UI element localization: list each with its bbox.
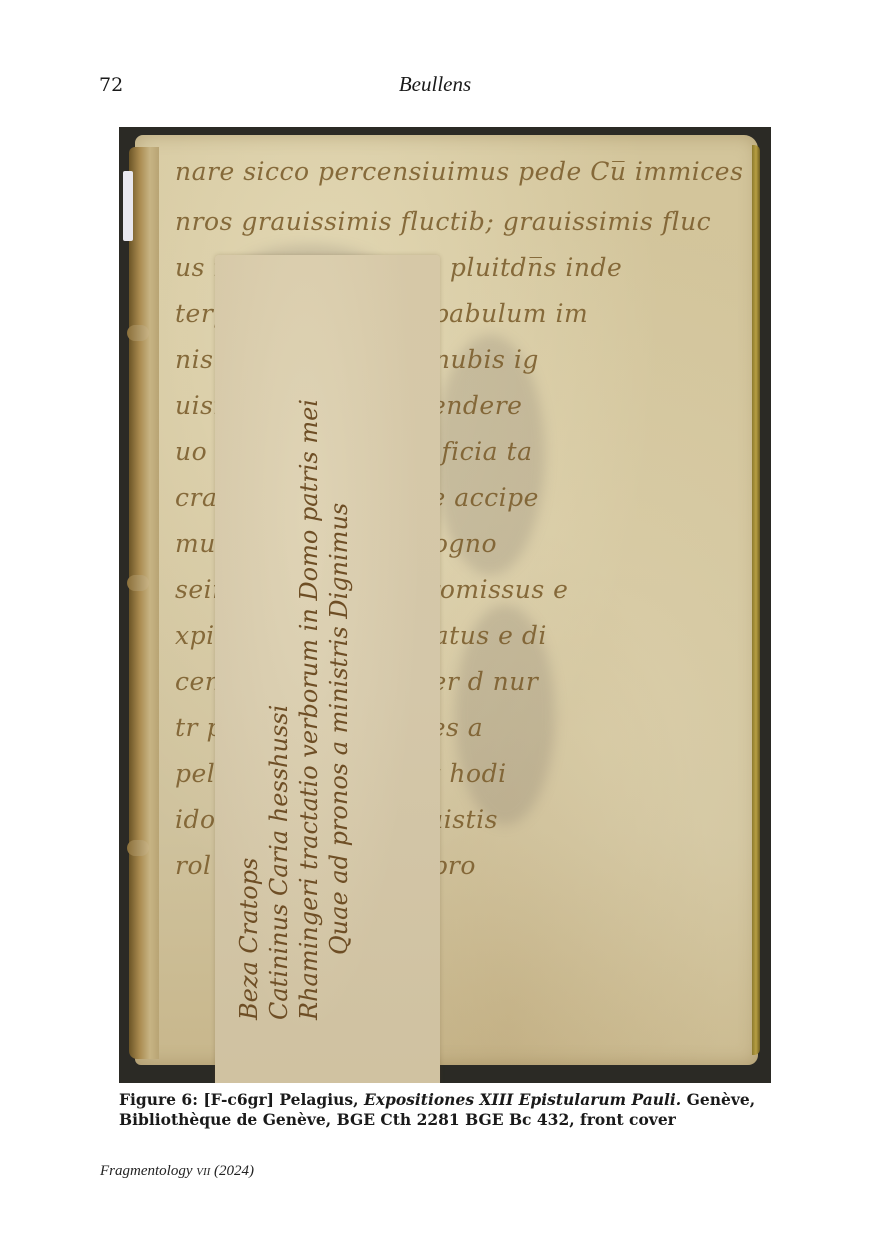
figure-photograph: nare sicco percensiuimus pede Cu̅ immice… xyxy=(119,127,771,1083)
slip-inscription: Catininus Caria hesshussi xyxy=(265,705,293,1020)
caption-shelfmark: Bibliothèque de Genève, BGE Cth 2281 BGE… xyxy=(119,1110,676,1129)
footer-journal: Fragmentology xyxy=(100,1163,192,1179)
manuscript-line: nare sicco percensiuimus pede Cu̅ immice… xyxy=(175,157,743,186)
book-front-cover: nare sicco percensiuimus pede Cu̅ immice… xyxy=(135,135,758,1065)
book-spine xyxy=(129,147,159,1059)
caption-siglum: [F-c6gr] xyxy=(203,1090,274,1109)
manuscript-line: nros grauissimis fluctib; grauissimis fl… xyxy=(175,207,711,236)
caption-author: Pelagius, xyxy=(279,1090,358,1109)
book-fore-edge xyxy=(752,145,760,1055)
slip-inscription: Beza Cratops xyxy=(235,858,263,1020)
page-footer: Fragmentology vii (2024) xyxy=(100,1163,254,1180)
slip-inscription: Rhamingeri tractatio verborum in Domo pa… xyxy=(295,399,323,1020)
footer-year: (2024) xyxy=(214,1163,254,1179)
caption-label: Figure 6: xyxy=(119,1090,198,1109)
bookmark-tab xyxy=(123,171,133,241)
caption-title: Expositiones XIII Epistularum Pauli. xyxy=(364,1090,681,1109)
footer-volume: vii xyxy=(196,1163,210,1179)
spine-band xyxy=(127,575,149,591)
running-head-text: Beullens xyxy=(399,72,471,96)
caption-location: Genève, xyxy=(687,1090,756,1109)
figure-caption: Figure 6: [F-c6gr] Pelagius, Expositione… xyxy=(119,1090,779,1130)
slip-inscription: Quae ad pronos a ministris Dignimus xyxy=(325,503,353,955)
spine-band xyxy=(127,840,149,856)
spine-band xyxy=(127,325,149,341)
running-head: Beullens xyxy=(0,72,874,97)
paper-slip-label: Beza Cratops Catininus Caria hesshussi R… xyxy=(215,255,440,1083)
